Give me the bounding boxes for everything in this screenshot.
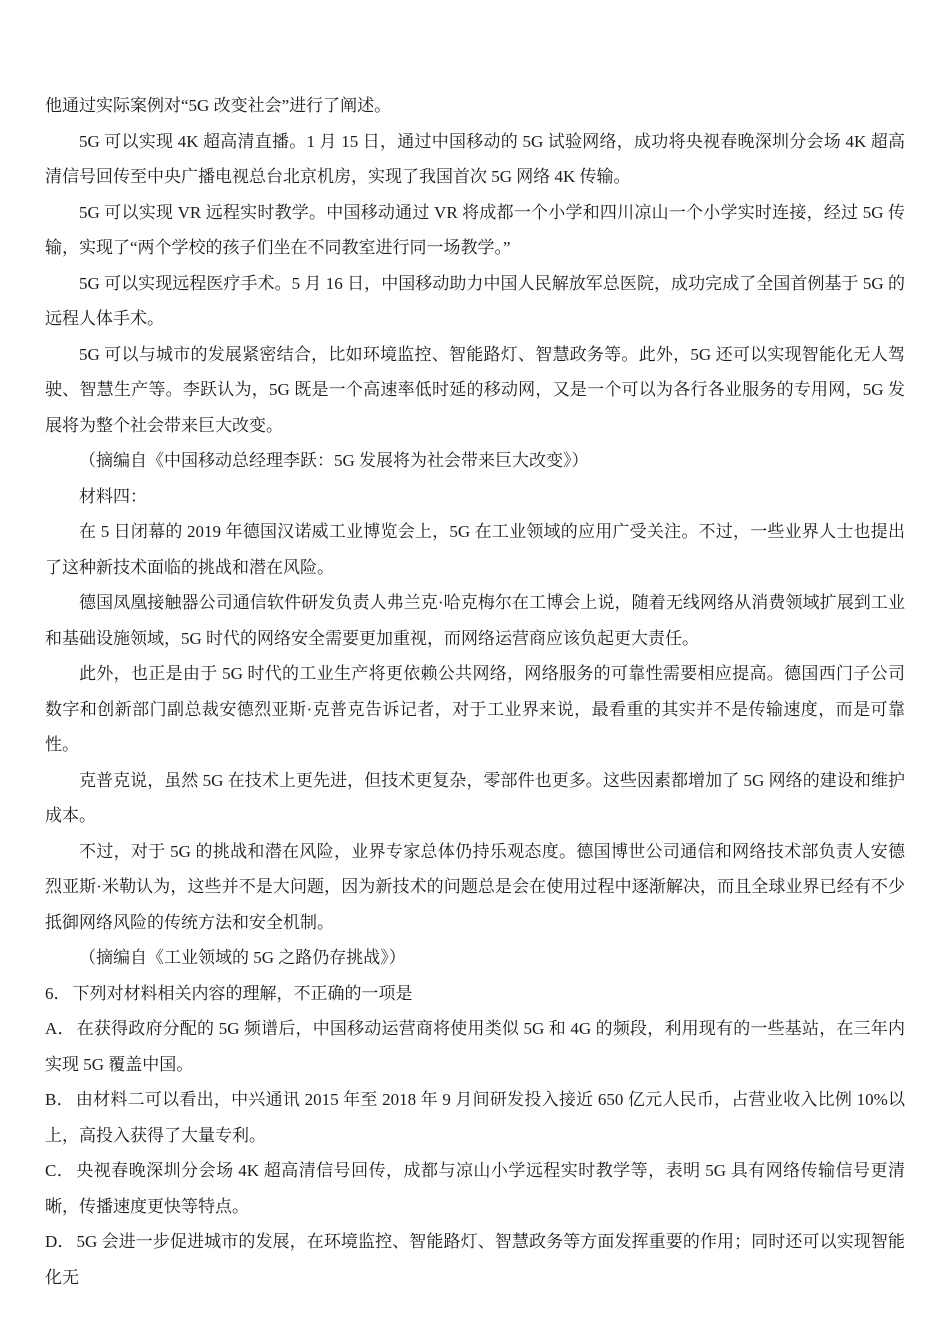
paragraph-intro-continuation: 他通过实际案例对“5G 改变社会”进行了阐述。 (45, 88, 905, 124)
question-number: 6． (45, 984, 71, 1003)
question-stem: 下列对材料相关内容的理解，不正确的一项是 (73, 984, 413, 1003)
option-b-text: 由材料二可以看出，中兴通讯 2015 年至 2018 年 9 月间研发投入接近 … (45, 1090, 905, 1145)
option-b-label: B． (45, 1090, 74, 1109)
paragraph-phoenix-contact: 德国凤凰接触器公司通信软件研发负责人弗兰克·哈克梅尔在工博会上说，随着无线网络从… (45, 585, 905, 656)
heading-material-four: 材料四： (45, 479, 905, 515)
paragraph-hannover-expo: 在 5 日闭幕的 2019 年德国汉诺威工业博览会上，5G 在工业领域的应用广受… (45, 514, 905, 585)
paragraph-remote-surgery: 5G 可以实现远程医疗手术。5 月 16 日，中国移动助力中国人民解放军总医院，… (45, 266, 905, 337)
option-d-text: 5G 会进一步促进城市的发展，在环境监控、智能路灯、智慧政务等方面发挥重要的作用… (45, 1232, 905, 1287)
document-page: 他通过实际案例对“5G 改变社会”进行了阐述。 5G 可以实现 4K 超高清直播… (0, 0, 950, 1344)
option-d: D．5G 会进一步促进城市的发展，在环境监控、智能路灯、智慧政务等方面发挥重要的… (45, 1224, 905, 1295)
paragraph-smart-city: 5G 可以与城市的发展紧密结合，比如环境监控、智能路灯、智慧政务等。此外，5G … (45, 337, 905, 444)
paragraph-vr-teaching: 5G 可以实现 VR 远程实时教学。中国移动通过 VR 将成都一个小学和四川凉山… (45, 195, 905, 266)
option-b: B．由材料二可以看出，中兴通讯 2015 年至 2018 年 9 月间研发投入接… (45, 1082, 905, 1153)
citation-material-four: （摘编自《工业领域的 5G 之路仍存挑战》） (45, 940, 905, 976)
option-a-label: A． (45, 1019, 75, 1038)
paragraph-4k-live-broadcast: 5G 可以实现 4K 超高清直播。1 月 15 日，通过中国移动的 5G 试验网… (45, 124, 905, 195)
paragraph-cost-increase: 克普克说，虽然 5G 在技术上更先进，但技术更复杂，零部件也更多。这些因素都增加… (45, 763, 905, 834)
citation-material-three: （摘编自《中国移动总经理李跃：5G 发展将为社会带来巨大改变》） (45, 443, 905, 479)
option-a-text: 在获得政府分配的 5G 频谱后，中国移动运营商将使用类似 5G 和 4G 的频段… (45, 1019, 905, 1074)
paragraph-siemens-reliability: 此外，也正是由于 5G 时代的工业生产将更依赖公共网络，网络服务的可靠性需要相应… (45, 656, 905, 763)
option-c-label: C． (45, 1161, 74, 1180)
question-6: 6．下列对材料相关内容的理解，不正确的一项是 (45, 976, 905, 1012)
option-a: A．在获得政府分配的 5G 频谱后，中国移动运营商将使用类似 5G 和 4G 的… (45, 1011, 905, 1082)
paragraph-bosch-optimism: 不过，对于 5G 的挑战和潜在风险，业界专家总体仍持乐观态度。德国博世公司通信和… (45, 834, 905, 941)
option-d-label: D． (45, 1232, 74, 1251)
option-c-text: 央视春晚深圳分会场 4K 超高清信号回传，成都与凉山小学远程实时教学等，表明 5… (45, 1161, 905, 1216)
option-c: C．央视春晚深圳分会场 4K 超高清信号回传，成都与凉山小学远程实时教学等，表明… (45, 1153, 905, 1224)
